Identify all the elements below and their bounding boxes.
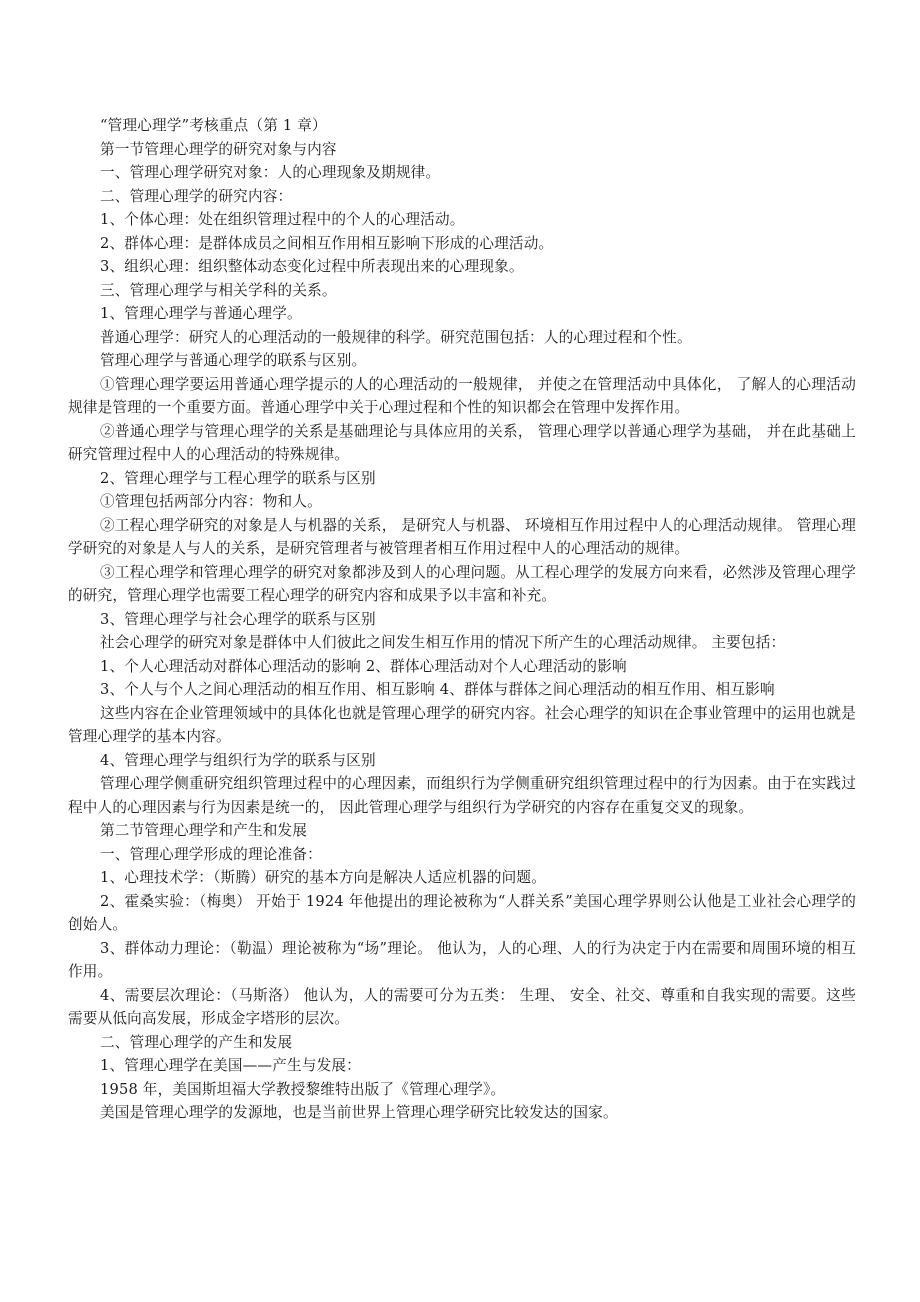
rel3-intro: 社会心理学的研究对象是群体中人们彼此之间发生相互作用的情况下所产生的心理活动规律… bbox=[68, 631, 856, 655]
rel3-summary: 这些内容在企业管理领域中的具体化也就是管理心理学的研究内容。社会心理学的知识在企… bbox=[68, 702, 856, 749]
rel3-heading: 3、管理心理学与社会心理学的联系与区别 bbox=[68, 608, 856, 632]
content-item: 1、个体心理：处在组织管理过程中的个人的心理活动。 bbox=[68, 208, 856, 232]
research-object: 一、管理心理学研究对象：人的心理现象及期规律。 bbox=[68, 161, 856, 185]
origin-development-heading: 二、管理心理学的产生和发展 bbox=[68, 1031, 856, 1055]
rel2-point: ③工程心理学和管理心理学的研究对象都涉及到人的心理问题。从工程心理学的发展方向来… bbox=[68, 561, 856, 608]
usa-line: 美国是管理心理学的发源地，也是当前世界上管理心理学研究比较发达的国家。 bbox=[68, 1101, 856, 1125]
theory-prep-heading: 一、管理心理学形成的理论准备： bbox=[68, 843, 856, 867]
rel4-body: 管理心理学侧重研究组织管理过程中的心理因素，而组织行为学侧重研究组织管理过程中的… bbox=[68, 772, 856, 819]
rel3-list-line: 1、个人心理活动对群体心理活动的影响 2、群体心理活动对个人心理活动的影响 bbox=[68, 655, 856, 679]
section2-heading: 第二节管理心理学和产生和发展 bbox=[68, 819, 856, 843]
section1-heading: 第一节管理心理学的研究对象与内容 bbox=[68, 138, 856, 162]
rel2-heading: 2、管理心理学与工程心理学的联系与区别 bbox=[68, 467, 856, 491]
document-page: “管理心理学”考核重点（第 1 章） 第一节管理心理学的研究对象与内容 一、管理… bbox=[68, 114, 856, 1125]
rel3-list-line: 3、个人与个人之间心理活动的相互作用、相互影响 4、群体与群体之间心理活动的相互… bbox=[68, 678, 856, 702]
theory-item: 4、需要层次理论：（马斯洛） 他认为，人的需要可分为五类： 生理、 安全、社交、… bbox=[68, 984, 856, 1031]
rel2-point: ②工程心理学研究的对象是人与机器的关系， 是研究人与机器、 环境相互作用过程中人… bbox=[68, 514, 856, 561]
theory-item: 2、霍桑实验：（梅奥） 开始于 1924 年他提出的理论被称为“人群关系”美国心… bbox=[68, 890, 856, 937]
rel1-heading: 1、管理心理学与普通心理学。 bbox=[68, 302, 856, 326]
content-item: 3、组织心理：组织整体动态变化过程中所表现出来的心理现象。 bbox=[68, 255, 856, 279]
research-content-heading: 二、管理心理学的研究内容： bbox=[68, 185, 856, 209]
usa-line: 1958 年，美国斯坦福大学教授黎维特出版了《管理心理学》。 bbox=[68, 1078, 856, 1102]
rel1-point: ②普通心理学与管理心理学的关系是基础理论与具体应用的关系， 管理心理学以普通心理… bbox=[68, 420, 856, 467]
rel4-heading: 4、管理心理学与组织行为学的联系与区别 bbox=[68, 749, 856, 773]
usa-heading: 1、管理心理学在美国——产生与发展： bbox=[68, 1054, 856, 1078]
theory-item: 1、心理技术学：（斯腾）研究的基本方向是解决人适应机器的问题。 bbox=[68, 866, 856, 890]
document-title: “管理心理学”考核重点（第 1 章） bbox=[68, 114, 856, 138]
rel1-subheading: 管理心理学与普通心理学的联系与区别。 bbox=[68, 349, 856, 373]
rel2-point: ①管理包括两部分内容：物和人。 bbox=[68, 490, 856, 514]
theory-item: 3、群体动力理论：（勒温）理论被称为“场”理论。 他认为，人的心理、人的行为决定… bbox=[68, 937, 856, 984]
content-item: 2、群体心理：是群体成员之间相互作用相互影响下形成的心理活动。 bbox=[68, 232, 856, 256]
related-disciplines-heading: 三、管理心理学与相关学科的关系。 bbox=[68, 279, 856, 303]
rel1-definition: 普通心理学：研究人的心理活动的一般规律的科学。研究范围包括：人的心理过程和个性。 bbox=[68, 326, 856, 350]
rel1-point: ①管理心理学要运用普通心理学提示的人的心理活动的一般规律， 并使之在管理活动中具… bbox=[68, 373, 856, 420]
